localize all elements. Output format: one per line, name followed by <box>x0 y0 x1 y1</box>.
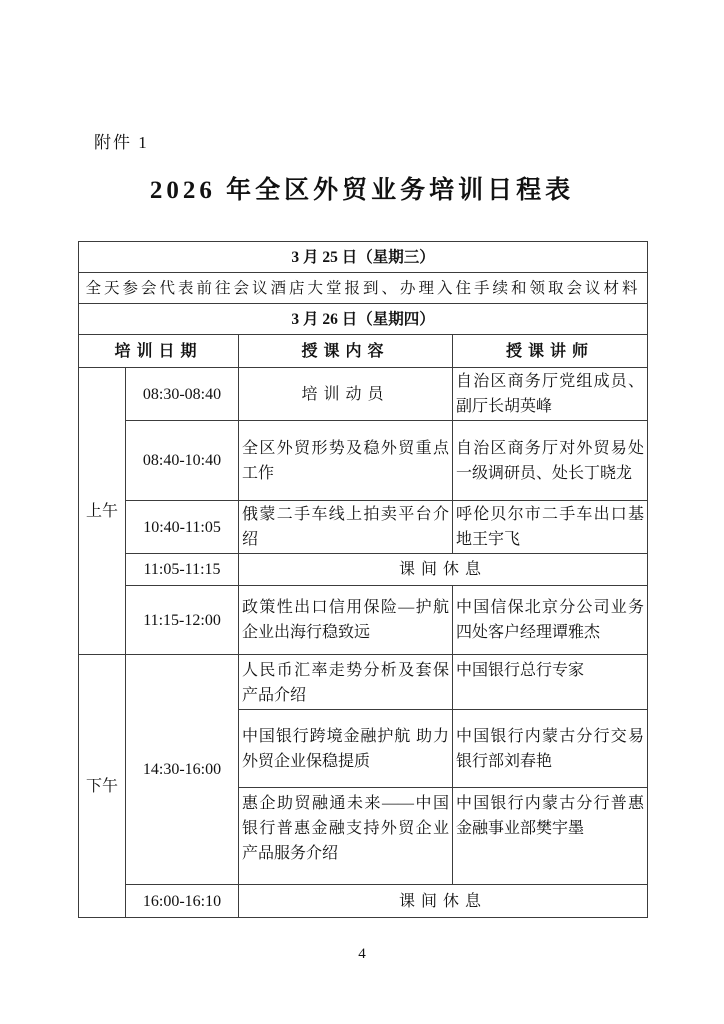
column-header-row: 培训日期 授课内容 授课讲师 <box>79 335 648 368</box>
lecturer-cell: 中国银行内蒙古分行交易银行部刘春艳 <box>453 710 648 788</box>
content-cell: 俄蒙二手车线上拍卖平台介绍 <box>239 501 453 554</box>
table-row: 下午 14:30-16:00 人民币汇率走势分析及套保产品介绍 中国银行总行专家 <box>79 655 648 710</box>
content-cell: 全区外贸形势及稳外贸重点工作 <box>239 421 453 501</box>
time-cell: 16:00-16:10 <box>126 885 239 918</box>
column-header-date: 培训日期 <box>79 335 239 368</box>
table-row: 10:40-11:05 俄蒙二手车线上拍卖平台介绍 呼伦贝尔市二手车出口基地王宇… <box>79 501 648 554</box>
time-cell: 14:30-16:00 <box>126 655 239 885</box>
document-page: 附件 1 2026 年全区外贸业务培训日程表 3 月 25 日（星期三） 全天参… <box>0 0 724 1024</box>
day1-note-cell: 全天参会代表前往会议酒店大堂报到、办理入住手续和领取会议材料 <box>79 273 648 304</box>
attachment-label: 附件 1 <box>94 128 149 153</box>
day1-header-cell: 3 月 25 日（星期三） <box>79 242 648 273</box>
table-row: 11:15-12:00 政策性出口信用保险—护航企业出海行稳致远 中国信保北京分… <box>79 586 648 655</box>
break-cell: 课间休息 <box>239 885 648 918</box>
lecturer-cell: 中国银行总行专家 <box>453 655 648 710</box>
lecturer-cell: 中国银行内蒙古分行普惠金融事业部樊宇墨 <box>453 788 648 885</box>
lecturer-cell: 呼伦贝尔市二手车出口基地王宇飞 <box>453 501 648 554</box>
break-row: 16:00-16:10 课间休息 <box>79 885 648 918</box>
break-row: 11:05-11:15 课间休息 <box>79 554 648 586</box>
table-row: 上午 08:30-08:40 培训动员 自治区商务厅党组成员、副厅长胡英峰 <box>79 368 648 421</box>
day1-header-row: 3 月 25 日（星期三） <box>79 242 648 273</box>
time-cell: 11:15-12:00 <box>126 586 239 655</box>
content-cell: 惠企助贸融通未来——中国银行普惠金融支持外贸企业产品服务介绍 <box>239 788 453 885</box>
content-cell: 政策性出口信用保险—护航企业出海行稳致远 <box>239 586 453 655</box>
period-cell-afternoon: 下午 <box>79 655 126 918</box>
lecturer-cell: 中国信保北京分公司业务四处客户经理谭雅杰 <box>453 586 648 655</box>
content-cell: 中国银行跨境金融护航 助力外贸企业保稳提质 <box>239 710 453 788</box>
table-row: 08:40-10:40 全区外贸形势及稳外贸重点工作 自治区商务厅对外贸易处一级… <box>79 421 648 501</box>
time-cell: 08:40-10:40 <box>126 421 239 501</box>
column-header-content: 授课内容 <box>239 335 453 368</box>
content-cell: 人民币汇率走势分析及套保产品介绍 <box>239 655 453 710</box>
time-cell: 08:30-08:40 <box>126 368 239 421</box>
day2-header-cell: 3 月 26 日（星期四） <box>79 304 648 335</box>
schedule-table: 3 月 25 日（星期三） 全天参会代表前往会议酒店大堂报到、办理入住手续和领取… <box>78 241 648 918</box>
content-cell: 培训动员 <box>239 368 453 421</box>
lecturer-cell: 自治区商务厅党组成员、副厅长胡英峰 <box>453 368 648 421</box>
time-cell: 11:05-11:15 <box>126 554 239 586</box>
break-cell: 课间休息 <box>239 554 648 586</box>
day2-header-row: 3 月 26 日（星期四） <box>79 304 648 335</box>
time-cell: 10:40-11:05 <box>126 501 239 554</box>
column-header-lecturer: 授课讲师 <box>453 335 648 368</box>
lecturer-cell: 自治区商务厅对外贸易处一级调研员、处长丁晓龙 <box>453 421 648 501</box>
document-title: 2026 年全区外贸业务培训日程表 <box>0 170 724 206</box>
page-number: 4 <box>0 946 724 963</box>
day1-note-row: 全天参会代表前往会议酒店大堂报到、办理入住手续和领取会议材料 <box>79 273 648 304</box>
period-cell-morning: 上午 <box>79 368 126 655</box>
